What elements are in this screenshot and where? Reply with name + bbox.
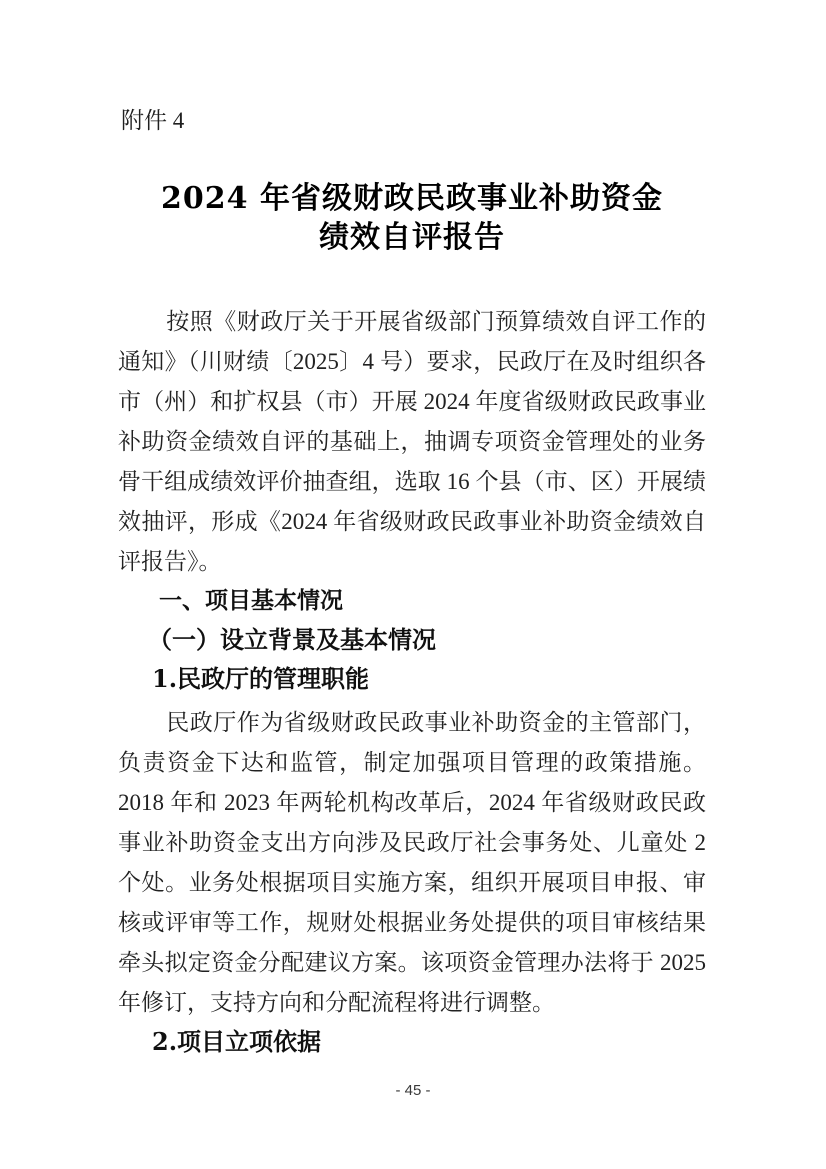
title-line-2: 绩效自评报告	[118, 218, 706, 257]
item-body-management-functions: 民政厅作为省级财政民政事业补助资金的主管部门，负责资金下达和监管，制定加强项目管…	[118, 703, 706, 1023]
section-heading-project-basic-info: 一、项目基本情况	[118, 581, 706, 621]
title-line-1: 2024 年省级财政民政事业补助资金	[118, 179, 706, 218]
item-heading-management-functions: 1.民政厅的管理职能	[118, 659, 706, 699]
attachment-label: 附件 4	[121, 106, 184, 136]
subsection-heading-background: （一）设立背景及基本情况	[118, 620, 706, 660]
page-number: - 45 -	[0, 1082, 826, 1100]
intro-paragraph: 按照《财政厅关于开展省级部门预算绩效自评工作的通知》（川财绩〔2025〕4 号）…	[118, 302, 706, 582]
item-heading-project-basis: 2.项目立项依据	[118, 1022, 706, 1062]
document-page: 附件 4 2024 年省级财政民政事业补助资金 绩效自评报告 按照《财政厅关于开…	[0, 0, 826, 1169]
document-title: 2024 年省级财政民政事业补助资金 绩效自评报告	[118, 179, 706, 257]
